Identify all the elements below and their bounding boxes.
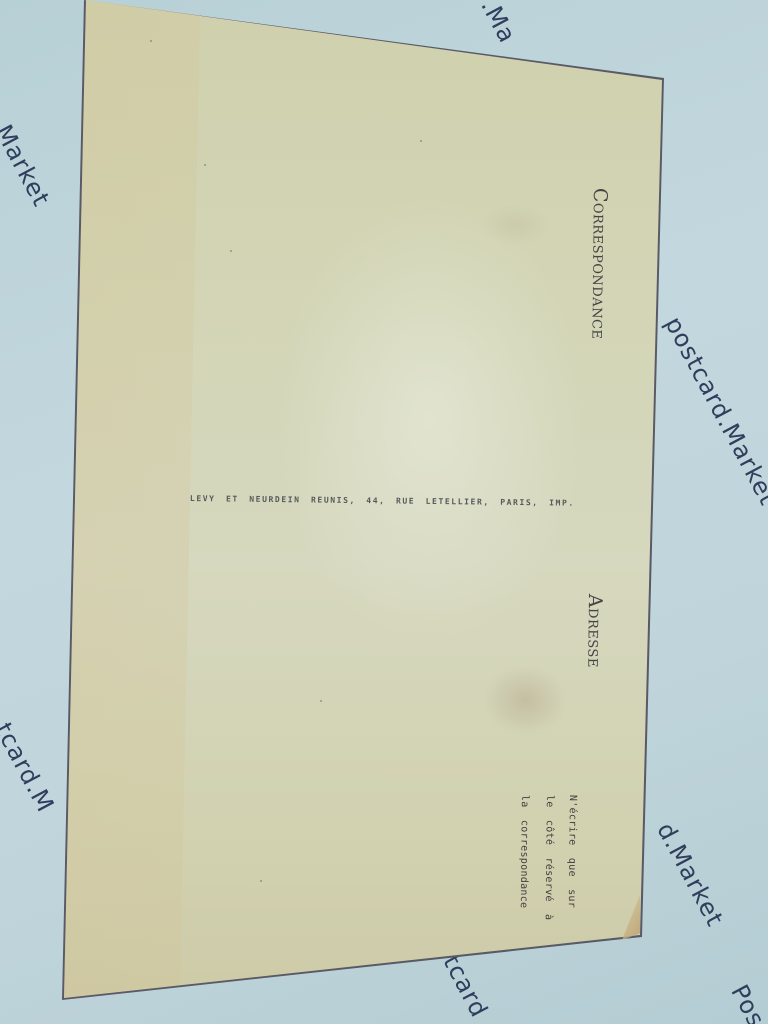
instruction-line: la correspondance [518,795,530,909]
heading-adresse: Adresse [583,594,606,668]
photo-scene: .Ma Market postcard.Market tcard.M d.Mar… [0,0,768,1024]
instruction-line: N'écrire que sur [566,795,578,908]
instruction-line: le côté réservé à [543,795,555,921]
heading-correspondance: Correspondance [587,188,611,340]
watermark-text: Pos [725,980,768,1024]
watermark-text: tcard.M [0,718,60,817]
watermark-text: postcard.Market [659,312,768,510]
watermark-text: tcard [437,950,493,1022]
watermark-text: d.Market [651,818,729,931]
watermark-text: Market [0,120,56,211]
watermark-text: .Ma [475,0,521,48]
